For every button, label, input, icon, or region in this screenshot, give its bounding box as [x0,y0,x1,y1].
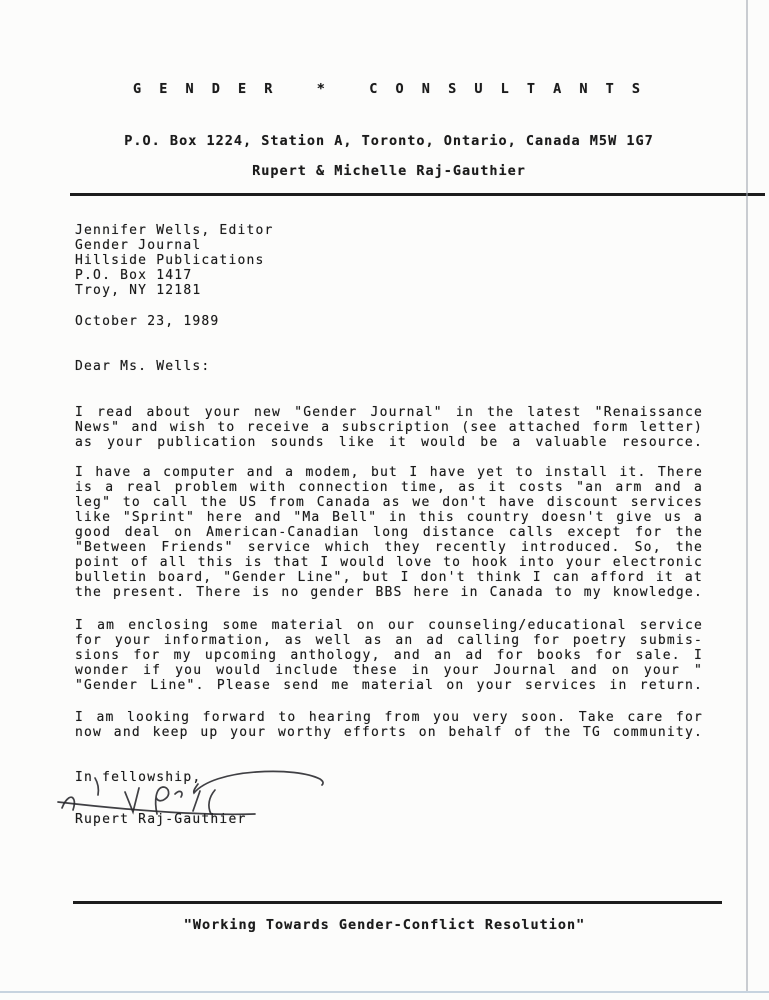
footer-divider [73,901,722,904]
text-line: bulletin board, "Gender Line", but I don… [75,570,703,585]
recipient-address-block: Jennifer Wells, EditorGender JournalHill… [75,223,703,298]
text-line: for your information, as well as an ad c… [75,633,703,648]
text-line: "Between Friends" service which they rec… [75,540,703,555]
letterhead-address: P.O. Box 1224, Station A, Toronto, Ontar… [75,134,703,148]
text-line: News" and wish to receive a subscription… [75,420,703,435]
body-paragraph-3: I am enclosing some material on our coun… [75,618,703,693]
text-line: I am looking forward to hearing from you… [75,710,703,725]
text-line: Troy, NY 12181 [75,283,703,298]
text-line: Hillside Publications [75,253,703,268]
text-line: wonder if you would include these in you… [75,663,703,678]
salutation: Dear Ms. Wells: [75,359,703,374]
letter-date: October 23, 1989 [75,314,703,329]
text-line: now and keep up your worthy efforts on b… [75,725,703,740]
body-paragraph-1: I read about your new "Gender Journal" i… [75,405,703,450]
letter-page: G E N D E R * C O N S U L T A N T S P.O.… [0,0,769,1000]
text-line: sions for my upcoming anthology, and an … [75,648,703,663]
footer-slogan: "Working Towards Gender-Conflict Resolut… [0,918,769,933]
closing-phrase: In fellowship, [75,770,703,785]
text-line: as your publication sounds like it would… [75,435,703,450]
text-line: leg" to call the US from Canada as we do… [75,495,703,510]
text-line: the present. There is no gender BBS here… [75,585,703,600]
scan-edge-right [746,0,748,991]
text-line: I am enclosing some material on our coun… [75,618,703,633]
body-paragraph-2: I have a computer and a modem, but I hav… [75,465,703,600]
text-line: like "Sprint" here and "Ma Bell" in this… [75,510,703,525]
letterhead-contact-names: Rupert & Michelle Raj-Gauthier [75,164,703,178]
text-line: I have a computer and a modem, but I hav… [75,465,703,480]
scan-edge-bottom [0,991,769,993]
text-line: Jennifer Wells, Editor [75,223,703,238]
text-line: point of all this is that I would love t… [75,555,703,570]
text-line: good deal on American-Canadian long dist… [75,525,703,540]
text-line: "Gender Line". Please send me material o… [75,678,703,693]
text-line: is a real problem with connection time, … [75,480,703,495]
signer-typed-name: Rupert Raj-Gauthier [75,812,703,827]
letter-content: G E N D E R * C O N S U L T A N T S P.O.… [0,0,769,827]
body-paragraph-4: I am looking forward to hearing from you… [75,710,703,740]
text-line: I read about your new "Gender Journal" i… [75,405,703,420]
text-line: P.O. Box 1417 [75,268,703,283]
letterhead-divider [70,193,765,196]
letterhead-company-name: G E N D E R * C O N S U L T A N T S [75,82,703,96]
text-line: Gender Journal [75,238,703,253]
letter-footer: "Working Towards Gender-Conflict Resolut… [0,901,769,933]
